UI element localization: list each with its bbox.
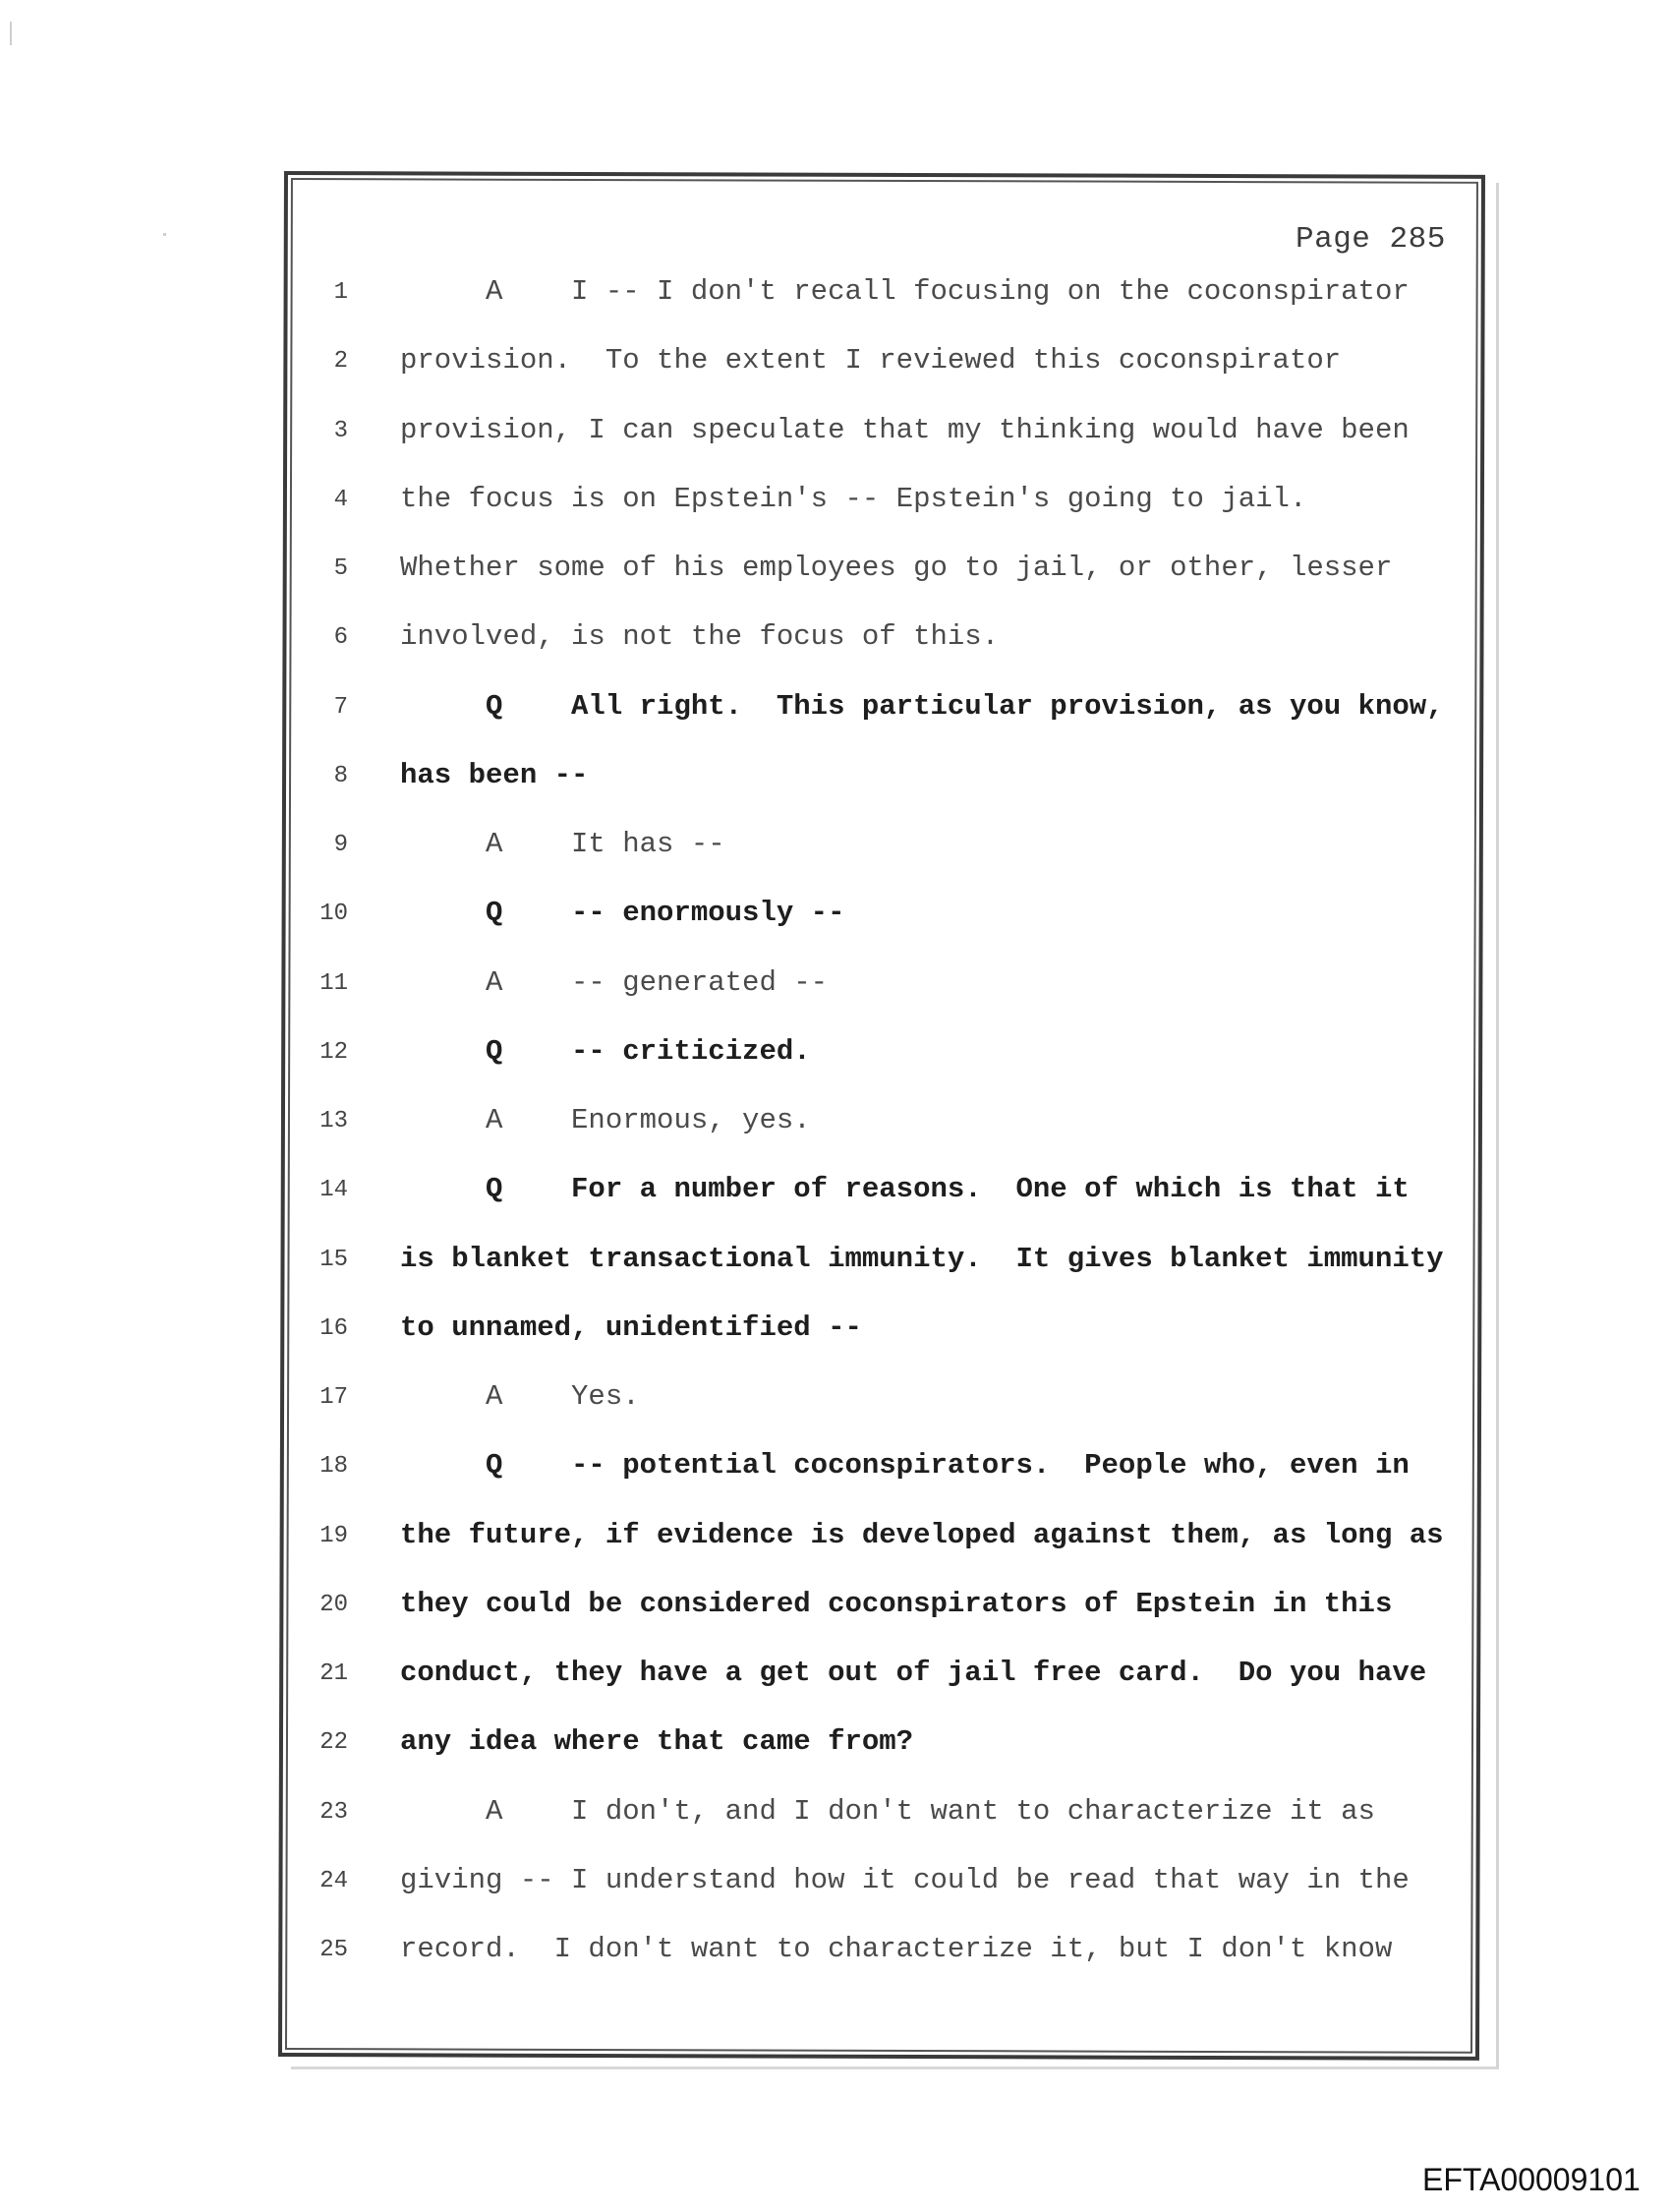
transcript-line: 18 Q -- potential coconspirators. People… [0,1449,1474,1488]
question-text: Q -- enormously -- [400,897,844,929]
transcript-line: 10 Q -- enormously -- [0,897,1474,936]
line-number: 25 [295,1937,348,1963]
scan-artifact [10,22,12,45]
transcript-line: 19the future, if evidence is developed a… [0,1519,1474,1558]
question-text: to unnamed, unidentified -- [400,1311,862,1344]
answer-text: Whether some of his employees go to jail… [400,552,1392,584]
scan-artifact [163,233,166,236]
line-number: 15 [295,1247,348,1273]
transcript-line: 5Whether some of his employees go to jai… [0,552,1474,591]
line-number: 13 [295,1108,348,1135]
transcript-line: 17 A Yes. [0,1380,1474,1420]
transcript-line: 7 Q All right. This particular provision… [0,690,1474,729]
answer-text: A Enormous, yes. [400,1104,811,1136]
line-number: 20 [295,1592,348,1618]
question-text: Q All right. This particular provision, … [400,690,1444,723]
question-text: is blanket transactional immunity. It gi… [400,1243,1444,1275]
line-number: 23 [295,1799,348,1826]
question-text: Q -- potential coconspirators. People wh… [400,1449,1410,1482]
transcript-line: 4the focus is on Epstein's -- Epstein's … [0,483,1474,522]
answer-text: record. I don't want to characterize it,… [400,1933,1392,1965]
line-number: 6 [295,624,348,651]
question-text: Q -- criticized. [400,1035,811,1068]
line-number: 4 [295,487,348,513]
question-text: Q For a number of reasons. One of which … [400,1173,1410,1205]
page-number: Page 285 [1296,222,1446,257]
line-number: 10 [295,901,348,927]
transcript-page: Page 285 1 A I -- I don't recall focusin… [0,0,1671,2212]
transcript-line: 6involved, is not the focus of this. [0,620,1474,660]
transcript-line: 3provision, I can speculate that my thin… [0,414,1474,453]
line-number: 9 [295,832,348,858]
answer-text: provision. To the extent I reviewed this… [400,344,1341,377]
line-number: 16 [295,1315,348,1342]
transcript-line: 22any idea where that came from? [0,1725,1474,1765]
line-number: 7 [295,694,348,721]
line-number: 5 [295,555,348,582]
bates-number: EFTA00009101 [1422,2162,1641,2198]
line-number: 17 [295,1384,348,1411]
transcript-line: 16to unnamed, unidentified -- [0,1311,1474,1351]
line-number: 24 [295,1868,348,1894]
answer-text: provision, I can speculate that my think… [400,414,1410,446]
answer-text: involved, is not the focus of this. [400,620,999,653]
transcript-line: 24giving -- I understand how it could be… [0,1864,1474,1903]
transcript-line: 15is blanket transactional immunity. It … [0,1243,1474,1282]
line-number: 18 [295,1453,348,1480]
answer-text: A I -- I don't recall focusing on the co… [400,275,1410,308]
transcript-line: 8has been -- [0,759,1474,798]
answer-text: A It has -- [400,828,725,860]
transcript-line: 2provision. To the extent I reviewed thi… [0,344,1474,383]
line-number: 11 [295,970,348,997]
line-number: 3 [295,418,348,444]
transcript-line: 9 A It has -- [0,828,1474,867]
transcript-line: 1 A I -- I don't recall focusing on the … [0,275,1474,315]
transcript-line: 11 A -- generated -- [0,966,1474,1006]
line-number: 2 [295,348,348,375]
question-text: the future, if evidence is developed aga… [400,1519,1444,1551]
transcript-line: 13 A Enormous, yes. [0,1104,1474,1143]
answer-text: A I don't, and I don't want to character… [400,1795,1375,1828]
transcript-line: 12 Q -- criticized. [0,1035,1474,1075]
question-text: conduct, they have a get out of jail fre… [400,1657,1426,1689]
line-number: 14 [295,1177,348,1203]
transcript-line: 21conduct, they have a get out of jail f… [0,1657,1474,1696]
line-number: 22 [295,1729,348,1756]
line-number: 8 [295,763,348,789]
answer-text: A Yes. [400,1380,640,1413]
transcript-line: 14 Q For a number of reasons. One of whi… [0,1173,1474,1212]
line-number: 21 [295,1660,348,1687]
transcript-line: 25record. I don't want to characterize i… [0,1933,1474,1972]
question-text: has been -- [400,759,588,791]
answer-text: giving -- I understand how it could be r… [400,1864,1410,1896]
line-number: 12 [295,1039,348,1066]
transcript-line: 20they could be considered coconspirator… [0,1588,1474,1627]
answer-text: A -- generated -- [400,966,828,999]
answer-text: the focus is on Epstein's -- Epstein's g… [400,483,1306,515]
line-number: 19 [295,1523,348,1549]
question-text: any idea where that came from? [400,1725,913,1758]
line-number: 1 [295,279,348,306]
question-text: they could be considered coconspirators … [400,1588,1392,1620]
transcript-line: 23 A I don't, and I don't want to charac… [0,1795,1474,1834]
